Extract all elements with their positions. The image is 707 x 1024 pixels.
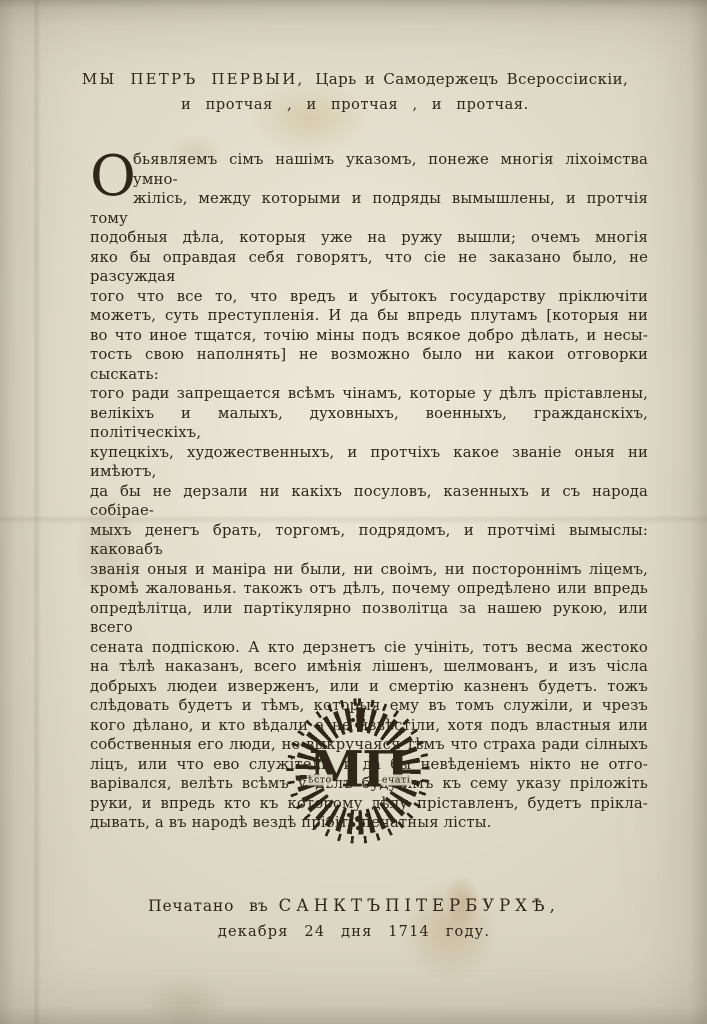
body-text-line: опредѣлітца, или партікулярно позволітца… bbox=[90, 599, 648, 638]
body-text-line: того ради запрещается всѣмъ чінамъ, кото… bbox=[90, 384, 648, 404]
printed-label: Печатано bbox=[148, 897, 234, 915]
body-text-line: во что иное тщатся, точію міны подъ всяк… bbox=[90, 326, 648, 346]
printers-seal: МП ѣсто ечаті bbox=[286, 698, 430, 844]
body-text-line: велікіхъ и малыхъ, духовныхъ, военныхъ, … bbox=[90, 404, 648, 443]
body-text-line: жілісь, между которыми и подряды вымышле… bbox=[90, 189, 648, 228]
body-text-line: добрыхъ людеи изверженъ, или и смертію к… bbox=[90, 677, 648, 697]
body-text-line: мыхъ денегъ брать, торгомъ, подрядомъ, и… bbox=[90, 521, 648, 560]
imprint-date: декабря 24 дня 1714 году. bbox=[75, 924, 633, 940]
monogram-letter-m: М bbox=[309, 740, 362, 799]
floral-ornament-bottom-icon bbox=[355, 816, 361, 822]
body-text-line: купецкіхъ, художественныхъ, и протчіхъ к… bbox=[90, 443, 648, 482]
body-text-line: подобныя дѣла, которыя уже на ружу вышли… bbox=[90, 228, 648, 248]
body-text-line: да бы не дерзали ни какіхъ посуловъ, каз… bbox=[90, 482, 648, 521]
royal-title: Царь и Самодержецъ Всероссіискіи, bbox=[315, 70, 628, 88]
royal-name: МЫ ПЕТРЪ ПЕРВЫИ, bbox=[82, 70, 305, 88]
body-text-line: яко бы оправдая себя говорятъ, что сіе н… bbox=[90, 248, 648, 287]
imprint-line-1: Печатано въ САНКТЪПІТЕРБУРХѢ, bbox=[75, 896, 633, 915]
imprint: Печатано въ САНКТЪПІТЕРБУРХѢ, декабря 24… bbox=[75, 896, 633, 940]
header-line-2: и протчая , и протчая , и протчая. bbox=[55, 97, 655, 113]
floral-ornament-top-icon bbox=[355, 722, 361, 728]
place-name: САНКТЪПІТЕРБУРХѢ, bbox=[279, 896, 560, 915]
seal-inscription-right: ечаті bbox=[381, 775, 411, 786]
seal-inscription-left: ѣсто bbox=[307, 775, 333, 786]
seal-monogram: МП ѣсто ечаті bbox=[309, 745, 408, 795]
header-line-1: МЫ ПЕТРЪ ПЕРВЫИ, Царь и Самодержецъ Всер… bbox=[55, 70, 655, 88]
body-text-line: тость свою наполнять] не возможно было н… bbox=[90, 345, 648, 384]
monogram-letter-p: П bbox=[362, 740, 407, 799]
body-text-line: званія оныя и маніра ни были, ни своімъ,… bbox=[90, 560, 648, 580]
body-text-line: можетъ, суть преступленія. И да бы впред… bbox=[90, 306, 648, 326]
document-page: МЫ ПЕТРЪ ПЕРВЫИ, Царь и Самодержецъ Всер… bbox=[0, 0, 707, 1024]
body-text-line: бьявляемъ сімъ нашімъ указомъ, понеже мн… bbox=[90, 150, 648, 189]
body-text-line: кромѣ жалованья. такожъ отъ дѣлъ, почему… bbox=[90, 579, 648, 599]
body-text-line: сената подпіскою. А кто дерзнетъ сіе учі… bbox=[90, 638, 648, 658]
body-text-line: того что все то, что вредъ и убытокъ гос… bbox=[90, 287, 648, 307]
document-header: МЫ ПЕТРЪ ПЕРВЫИ, Царь и Самодержецъ Всер… bbox=[55, 70, 655, 113]
place-prefix: въ bbox=[249, 897, 268, 915]
body-text-line: на тѣлѣ наказанъ, всего имѣнія лішенъ, ш… bbox=[90, 657, 648, 677]
drop-cap: О bbox=[90, 150, 127, 208]
